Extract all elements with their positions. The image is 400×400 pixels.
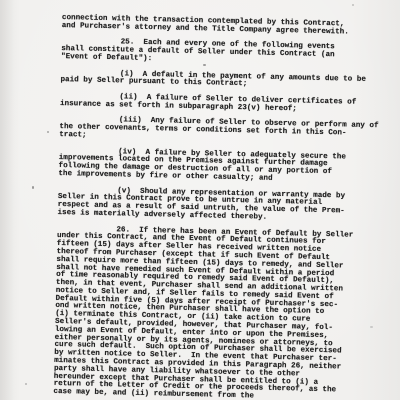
- scanned-document-page: connection with the transaction contempl…: [0, 0, 400, 400]
- contract-text-block: connection with the transaction contempl…: [53, 15, 381, 400]
- scan-speck: [47, 131, 49, 133]
- scan-speck: [352, 4, 354, 6]
- scan-speck: [25, 383, 27, 385]
- scan-edge-shading: [0, 0, 14, 400]
- scan-speck: [32, 186, 34, 189]
